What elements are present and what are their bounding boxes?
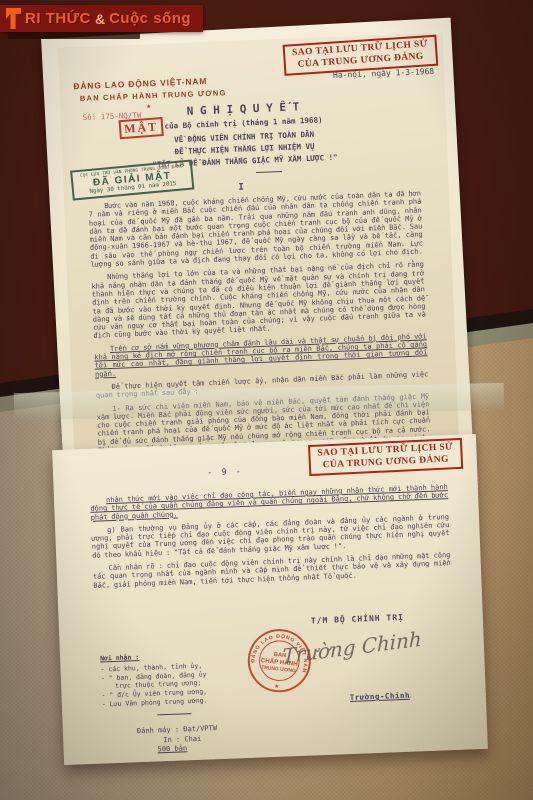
logo-word2: Cuộc sống [109,10,191,27]
central-committee: BAN CHẤP HÀNH TRUNG ƯƠNG [80,88,227,103]
copies-line: 500 bản [138,743,218,756]
page1-body: Bước vào năm 1968, cuộc kháng chiến chốn… [88,189,431,459]
page-number: - 9 - [53,461,397,484]
museum-display-photo: RI THỨC & Cuộc sống SAO TẠI LƯU TRỮ LỊCH… [0,0,533,800]
logo-ampersand: & [95,11,105,27]
document-page-9: SAO TẠI LƯU TRỮ LỊCH SỬ CỦA TRUNG ƯƠNG Đ… [52,434,488,765]
logo-subtext-bar [8,32,140,39]
production-notes: Đánh máy : Đạt/VPTW In : Chai 500 bản [137,724,218,756]
typed-signature-name: Trường-Chinh [350,691,410,702]
site-logo-banner: RI THỨC & Cuộc sống [0,5,203,32]
handwritten-signature: Trường Chinh [282,619,481,668]
recipients-list: Nơi nhận : - các khu, thành, tỉnh ủy, - … [100,651,208,710]
round-stamp-star-icon: ★ [274,684,280,690]
page9-body: nhận thức mới vào việc chỉ đạo công tác,… [90,483,451,595]
paragraph: Bước vào năm 1968, cuộc kháng chiến chốn… [88,189,423,269]
on-behalf-politburo: T/M BỘ CHÍNH TRỊ [311,613,404,626]
paragraph: Những thắng lợi to lớn của ta và những t… [91,261,426,341]
recipients-divider [157,713,191,715]
title-divider [256,171,282,173]
logo-t-mark-icon [6,8,21,29]
logo-word1: RI THỨC [25,10,91,27]
